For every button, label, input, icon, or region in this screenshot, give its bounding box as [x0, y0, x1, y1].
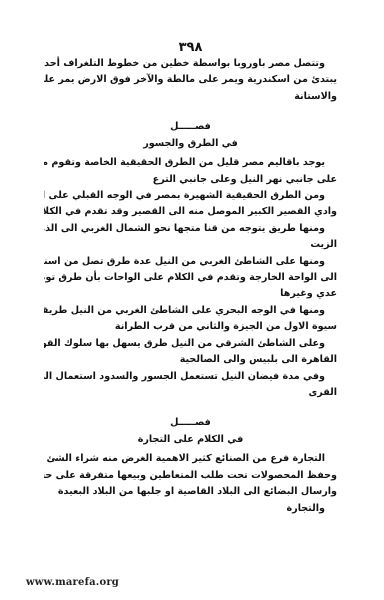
source-watermark: www.marefa.org [26, 577, 119, 588]
body-line: القاهرة الى بلبيس والى الصالحية [44, 352, 337, 368]
body-line: ومنها على الشاطئ الغربي من النيل عدة طرق… [44, 254, 337, 270]
section-heading: فصـــــل [44, 119, 337, 135]
intro-line: والاستانة [44, 89, 337, 105]
body-line: وارسال البضائع الى البلاد القاصية او جلب… [44, 484, 337, 500]
body-line: عدي وغيرها [44, 286, 337, 302]
body-line: وحفظ المحصولات تحت طلب المتعاطين وبيعها … [44, 468, 337, 484]
body-line: وفي مدة فيضان النيل تستعمل الجسور والسدو… [44, 369, 337, 385]
body-line: ومن الطرق الحقيقية الشهيرة بمصر في الوجه… [44, 188, 337, 204]
body-line: سيوة الاول من الجيزة والثاني من قرب الطر… [44, 319, 337, 335]
body-line: على جانبي نهر النيل وعلى جانبي الترع [44, 172, 337, 188]
page-number: ٣٩٨ [44, 40, 337, 55]
closing-word: والتجارة [44, 501, 337, 517]
body-line: وادي القصير الكبير الموصل منه الى القصير… [44, 204, 337, 220]
body-line: ومنها طريق يتوجه من قنا متجها نحو الشمال… [44, 221, 337, 237]
body-line: يوجد باقاليم مصر قليل من الطرق الحقيقية … [44, 155, 337, 171]
intro-line: يبتدئ من اسكندرية ويمر على مالطة والآخر … [44, 72, 337, 88]
book-page: ٣٩٨ وتتصل مصر باوروبا بواسطة خطين من خطو… [44, 40, 337, 517]
intro-line: وتتصل مصر باوروبا بواسطة خطين من خطوط ال… [44, 56, 337, 72]
body-line: ومنها في الوجه البحري على الشاطئ الغربي … [44, 303, 337, 319]
section-roads: فصـــــل في الطرق والجسور يوجد باقاليم م… [44, 119, 337, 401]
section-title: في الطرق والجسور [44, 135, 337, 153]
section-heading: فصـــــل [44, 415, 337, 431]
section-title: في الكلام على التجارة [44, 431, 337, 449]
body-line: الى الواحة الخارجة وتقدم في الكلام على ا… [44, 270, 337, 286]
body-line: التجارة فرع من الصنائع كثير الاهمية الغر… [44, 451, 337, 467]
body-line: الزيت [44, 237, 337, 253]
body-line: وعلى الشاطئ الشرقي من النيل طرق يسهل بها… [44, 336, 337, 352]
intro-paragraph: وتتصل مصر باوروبا بواسطة خطين من خطوط ال… [44, 56, 337, 105]
section-trade: فصـــــل في الكلام على التجارة التجارة ف… [44, 415, 337, 517]
body-line: القرى [44, 385, 337, 401]
